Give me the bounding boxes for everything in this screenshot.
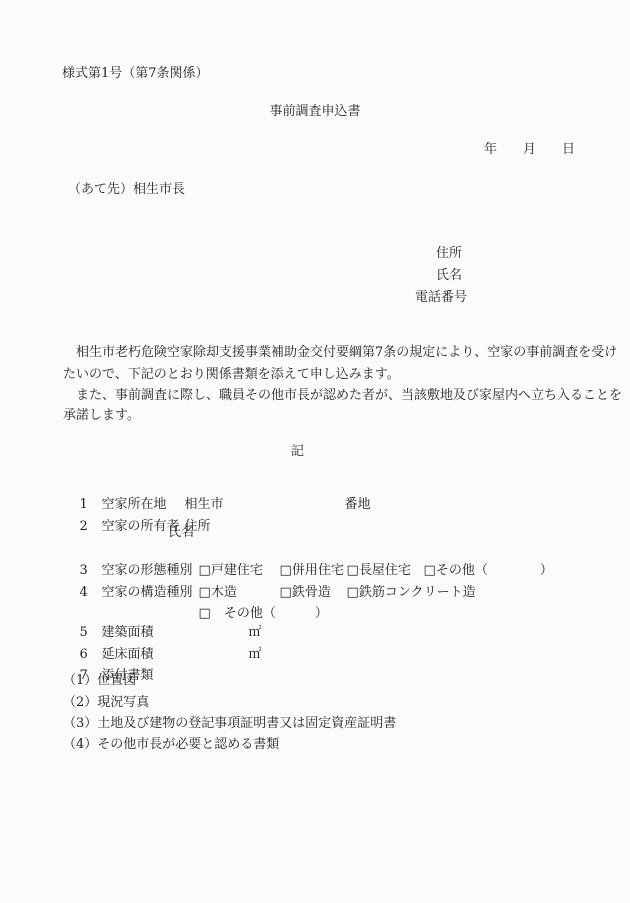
option-label: 鉄筋コンクリート造 (359, 585, 476, 600)
banchi-label: 番地 (345, 497, 371, 512)
record-heading: 記 (291, 444, 304, 460)
document-title: 事前調査申込書 (0, 104, 630, 120)
date-line: 年 月 日 (484, 142, 575, 158)
body-line: 相生市老朽危険空家除却支援事業補助金交付要綱第7条の規定により、空家の事前調査を… (63, 345, 617, 361)
applicant-name-label: 氏名 (436, 268, 462, 284)
attachment-entry: （2）現況写真 (63, 695, 149, 711)
addressee: （あて先）相生市長 (68, 182, 185, 198)
option-reinforced-concrete: □鉄筋コンクリート造 (347, 585, 476, 601)
application-form-page: 様式第1号（第7条関係） 事前調査申込書 年 月 日 （あて先）相生市長 住所 … (0, 0, 630, 903)
body-line: また、事前調査に際し、職員その他市長が認めた者が、当該敷地及び家屋内へ立ち入るこ… (63, 388, 622, 404)
applicant-address-label: 住所 (436, 246, 462, 262)
body-line: たいので、下記のとおり関係書類を添えて申し込みます。 (63, 367, 400, 383)
form-number: 様式第1号（第7条関係） (62, 66, 209, 82)
attachment-entry: （4）その他市長が必要と認める書類 (63, 737, 279, 753)
applicant-phone-label: 電話番号 (415, 290, 467, 306)
checkbox-icon: □ (347, 585, 359, 600)
item-number: 4 (80, 585, 102, 601)
square-meter-unit: ㎡ (249, 647, 262, 662)
attachment-entry: （3）土地及び建物の登記事項証明書又は固定資産証明書 (63, 716, 396, 732)
item-number: 2 (80, 519, 102, 535)
body-line: 承諾します。 (63, 408, 140, 424)
owner-name-label: 氏名 (168, 525, 194, 541)
attachment-entry: （1）位置図 (63, 673, 136, 689)
